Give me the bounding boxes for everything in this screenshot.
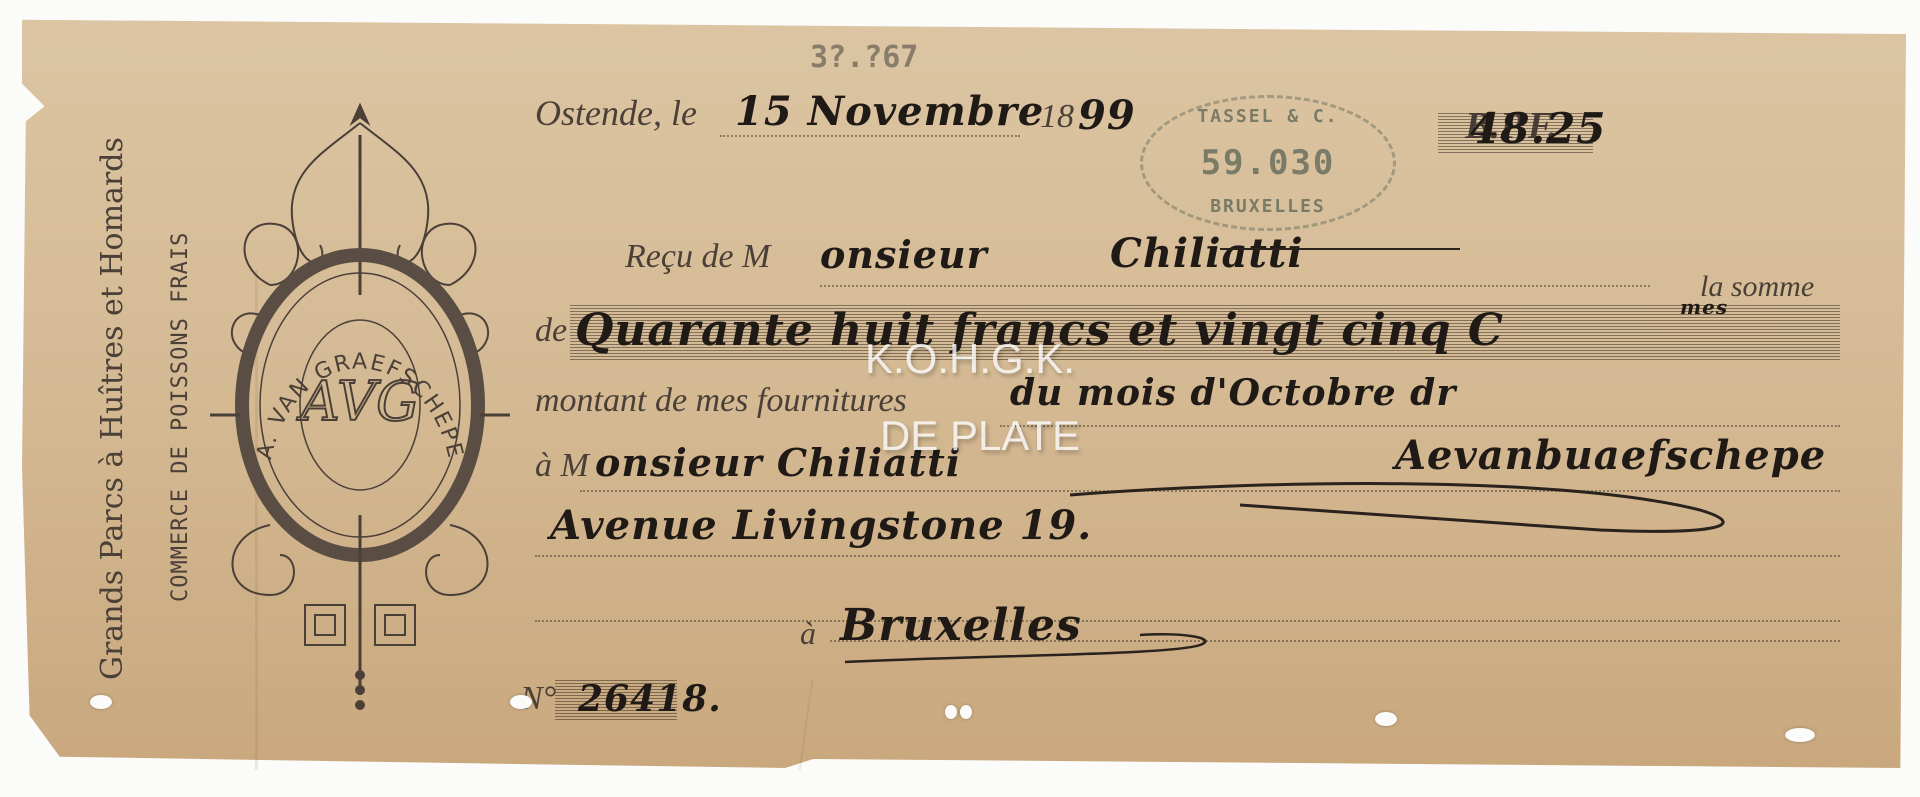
punch-hole [960, 705, 972, 719]
bank-stamp: TASSEL & C. 59.030 BRUXELLES [1140, 95, 1396, 231]
letterhead-line1: Grands Parcs à Huîtres et Homards [95, 137, 130, 680]
sum-superscript: mes [1680, 295, 1728, 319]
sum-prefix-label: de [535, 312, 567, 350]
punch-hole [1785, 728, 1815, 742]
received-from-label: Reçu de M [625, 238, 770, 276]
year-handwritten: 99 [1078, 92, 1136, 139]
stamp-bottom-text: BRUXELLES [1143, 196, 1393, 217]
recipient-label: à M [535, 447, 589, 485]
year-printed: 18 [1040, 98, 1074, 136]
stamp-top-text: TASSEL & C. [1143, 106, 1393, 127]
address-line [535, 555, 1840, 557]
city-flourish-icon [840, 630, 1240, 670]
watermark-line1: K.O.H.G.K. [865, 335, 1075, 383]
punch-hole [1375, 712, 1397, 726]
city-label: à [800, 615, 816, 652]
stamp-number: 59.030 [1143, 143, 1393, 183]
date-line [720, 135, 1020, 137]
letterhead-line2: COMMERCE DE POISSONS FRAIS [168, 232, 193, 602]
amount-handwritten: 48.25 [1470, 104, 1607, 153]
serial-stamp: 3?.?67 [810, 40, 918, 75]
watermark-line2: DE PLATE [880, 412, 1080, 460]
address-handwritten: Avenue Livingstone 19. [550, 502, 1092, 549]
supplies-line [1000, 425, 1840, 427]
received-from-line [820, 285, 1650, 287]
received-from-name-1: onsieur [820, 232, 988, 277]
punch-hole [510, 695, 532, 709]
supplies-period-handwritten: du mois d'Octobre dr [1010, 372, 1456, 414]
extra-line [535, 620, 1840, 622]
name-underline-stroke [1220, 248, 1460, 250]
punch-hole [945, 705, 957, 719]
company-emblem-icon: AVG A. VAN GRAEFSCHEPE [210, 95, 510, 715]
received-from-name-2: Chiliatti [1110, 230, 1304, 277]
date-handwritten: 15 Novembre [735, 88, 1044, 135]
supplies-label: montant de mes fournitures [535, 382, 907, 420]
punch-hole [90, 695, 112, 709]
number-handwritten: 26418. [578, 678, 722, 720]
place-label: Ostende, le [535, 92, 697, 134]
signature-flourish-icon [1060, 470, 1750, 540]
